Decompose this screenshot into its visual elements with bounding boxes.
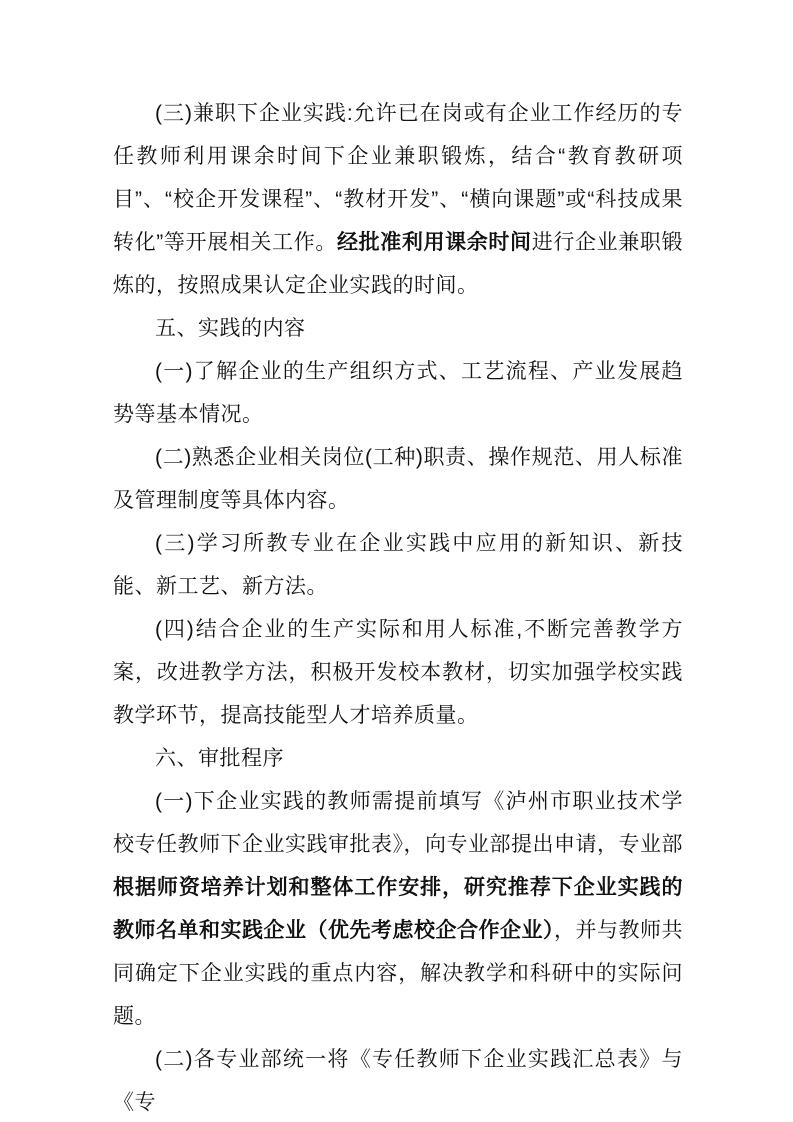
text-run: (四)结合企业的生产实际和用人标准,不断完善教学方案，改进教学方法，积极开发校本… [113,618,683,727]
text-run: (二)各专业部统一将《专任教师下企业实践汇总表》与《专 [113,1048,683,1114]
paragraph: (三)学习所教专业在企业实践中应用的新知识、新技能、新工艺、新方法。 [113,522,683,608]
text-run: 五、实践的内容 [155,317,306,340]
text-run: (一)下企业实践的教师需提前填写《泸州市职业技术学校专任教师下企业实践审批表》，… [113,790,683,856]
paragraph: (二)各专业部统一将《专任教师下企业实践汇总表》与《专 [113,1038,683,1122]
paragraph: 六、审批程序 [113,737,683,780]
text-run: (一)了解企业的生产组织方式、工艺流程、产业发展趋势等基本情况。 [113,360,683,426]
text-run: (二)熟悉企业相关岗位(工种)职责、操作规范、用人标准及管理制度等具体内容。 [113,446,683,512]
paragraph: (二)熟悉企业相关岗位(工种)职责、操作规范、用人标准及管理制度等具体内容。 [113,436,683,522]
paragraph: (一)了解企业的生产组织方式、工艺流程、产业发展趋势等基本情况。 [113,350,683,436]
text-run: 六、审批程序 [155,747,284,770]
paragraph: (一)下企业实践的教师需提前填写《泸州市职业技术学校专任教师下企业实践审批表》，… [113,780,683,1038]
text-run-bold: 经批准利用课余时间 [337,231,532,254]
paragraph: 五、实践的内容 [113,307,683,350]
document-body: (三)兼职下企业实践:允许已在岗或有企业工作经历的专任教师利用课余时间下企业兼职… [113,92,683,1122]
document-page: (三)兼职下企业实践:允许已在岗或有企业工作经历的专任教师利用课余时间下企业兼职… [0,0,793,1122]
text-run: (三)学习所教专业在企业实践中应用的新知识、新技能、新工艺、新方法。 [113,532,683,598]
paragraph: (三)兼职下企业实践:允许已在岗或有企业工作经历的专任教师利用课余时间下企业兼职… [113,92,683,307]
paragraph: (四)结合企业的生产实际和用人标准,不断完善教学方案，改进教学方法，积极开发校本… [113,608,683,737]
